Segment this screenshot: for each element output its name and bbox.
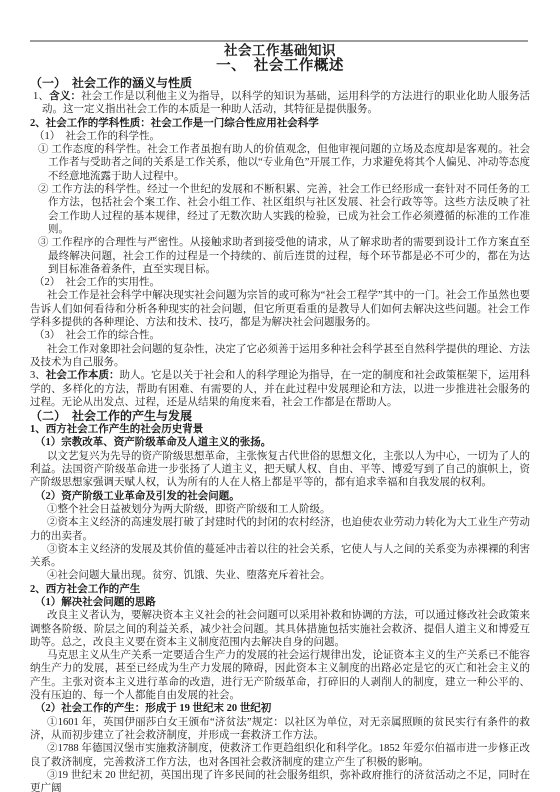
document-subtitle: 一、 社会工作概述 [30, 58, 530, 74]
sub-heading-bold: （2）社会工作的产生：形成于 19 世纪末 20 世纪初 [30, 702, 530, 715]
text-run-bold: （2）资产阶级工业革命及引发的社会问题。 [35, 491, 240, 502]
text-run: （2） 社会工作的实用性。 [34, 277, 160, 288]
text-run: 改良主义者认为，要解决资本主义社会的社会问题可以采用补救和协调的方法，可以通过修… [30, 610, 530, 648]
section-heading: （一） 社会工作的涵义与性质 [30, 76, 530, 90]
text-run: ①1601 年，英国伊丽莎白女王颁布“济贫法”规定：以社区为单位，对无亲属照顾的… [30, 717, 530, 741]
document-page: 社会工作基础知识 一、 社会工作概述 （一） 社会工作的涵义与性质1、含义：社会… [0, 0, 560, 792]
text-run-bold: 2、社会工作的学科性质：社会工作是一门综合性应用社会科学 [30, 118, 319, 129]
numbered-item: 1、含义：社会工作是以利他主义为指导，以科学的知识为基础，运用科学的方法进行的职… [30, 90, 530, 117]
numbered-heading: 1、西方社会工作产生的社会历史背景 [30, 423, 530, 436]
sub-heading-bold: （2）资产阶级工业革命及引发的社会问题。 [30, 490, 530, 503]
text-run: （1） 社会工作的科学性。 [34, 131, 160, 142]
text-run: ③ 工作程序的合理性与严密性。从接触求助者到接受他的请求，从了解求助者的需要到设… [38, 237, 530, 275]
document-title: 社会工作基础知识 [30, 43, 530, 58]
text-run: 社会工作是以利他主义为指导，以科学的知识为基础，运用科学的方法进行的职业化助人服… [42, 91, 530, 115]
sub-heading: （1） 社会工作的科学性。 [30, 130, 530, 143]
text-run: ①整个社会日益被划分为两大阶级，即资产阶级和工人阶级。 [47, 504, 331, 515]
circled-list-item: ① 工作态度的科学性。社会工作者虽抱有助人的价值观念，但他审视问题的立场及态度却… [30, 143, 530, 183]
numbered-heading: 3、社会工作本质：助人。它是以关于社会和人的科学理论为指导，在一定的制度和社会政… [30, 369, 530, 409]
document-body: （一） 社会工作的涵义与性质1、含义：社会工作是以利他主义为指导，以科学的知识为… [30, 76, 530, 792]
paragraph: 改良主义者认为，要解决资本主义社会的社会问题可以采用补救和协调的方法，可以通过修… [30, 609, 530, 649]
paragraph: ③资本主义经济的发展及其价值的蔓延冲击着以往的社会关系，它使人与人之间的关系变为… [30, 543, 530, 570]
circled-list-item: ③ 工作程序的合理性与严密性。从接触求助者到接受他的请求，从了解求助者的需要到设… [30, 236, 530, 276]
text-run: 社会工作对象即社会问题的复杂性，决定了它必须善于运用多种社会科学甚至自然科学提供… [30, 344, 530, 368]
text-run: ② 工作方法的科学性。经过一个世纪的发展和不断积累、完善，社会工作已经形成一套针… [38, 184, 530, 235]
paragraph: ②资本主义经济的高速发展打破了封建时代的封闭的农村经济，也迫使农业劳动力转化为大… [30, 516, 530, 543]
text-run: （3） 社会工作的综合性。 [34, 330, 160, 341]
document-content: 社会工作基础知识 一、 社会工作概述 （一） 社会工作的涵义与性质1、含义：社会… [30, 43, 530, 792]
numbered-heading: 2、社会工作的学科性质：社会工作是一门综合性应用社会科学 [30, 117, 530, 130]
text-run: ③资本主义经济的发展及其价值的蔓延冲击着以往的社会关系，它使人与人之间的关系变为… [30, 544, 530, 568]
text-run-bold: （1）解决社会问题的思路 [35, 597, 156, 608]
text-run: ②资本主义经济的高速发展打破了封建时代的封闭的农村经济，也迫使农业劳动力转化为大… [30, 517, 530, 541]
sub-heading: （3） 社会工作的综合性。 [30, 329, 530, 342]
text-run: 社会工作是社会科学中解决现实社会问题为宗旨的或可称为“社会工程学”其中的一门。社… [30, 290, 530, 328]
text-run: ④社会问题大量出现。贫穷、饥饿、失业、堕落充斥着社会。 [47, 570, 331, 581]
text-run-bold: （一） 社会工作的涵义与性质 [30, 76, 192, 90]
paragraph: ②1788 年德国汉堡市实施救济制度，使救济工作更趋组织化和科学化。1852 年… [30, 742, 530, 769]
header-rule [30, 40, 528, 42]
paragraph: 马克思主义从生产关系一定要适合生产力的发展的社会运行规律出发，论证资本主义的生产… [30, 649, 530, 702]
text-run-bold: （2）社会工作的产生：形成于 19 世纪末 20 世纪初 [35, 703, 271, 714]
numbered-heading: 2、西方社会工作的产生 [30, 583, 530, 596]
text-run: ②1788 年德国汉堡市实施救济制度，使救济工作更趋组织化和科学化。1852 年… [30, 743, 530, 767]
text-run: 以文艺复兴为先导的资产阶级思想革命，主张恢复古代世俗的思想文化，主张以人为中心，… [30, 451, 530, 489]
text-run: 1、 [33, 91, 49, 102]
text-run-bold: （二） 社会工作的产生与发展 [30, 409, 192, 423]
paragraph: ①1601 年，英国伊丽莎白女王颁布“济贫法”规定：以社区为单位，对无亲属照顾的… [30, 716, 530, 743]
text-run-bold: 1、西方社会工作产生的社会历史背景 [30, 424, 203, 435]
text-run-bold: （1）宗教改革、资产阶级革命及人道主义的张扬。 [35, 437, 271, 448]
paragraph: ④社会问题大量出现。贫穷、饥饿、失业、堕落充斥着社会。 [30, 569, 530, 582]
sub-heading: （2） 社会工作的实用性。 [30, 276, 530, 289]
paragraph: 社会工作对象即社会问题的复杂性，决定了它必须善于运用多种社会科学甚至自然科学提供… [30, 343, 530, 370]
sub-heading-bold: （1）解决社会问题的思路 [30, 596, 530, 609]
text-run-bold: 社会工作本质： [46, 370, 120, 381]
text-run-bold: 2、西方社会工作的产生 [30, 584, 140, 595]
text-run: ① 工作态度的科学性。社会工作者虽抱有助人的价值观念，但他审视问题的立场及态度却… [38, 144, 530, 182]
text-run: 马克思主义从生产关系一定要适合生产力的发展的社会运行规律出发，论证资本主义的生产… [30, 650, 530, 701]
text-run: 3、 [30, 370, 46, 381]
section-heading: （二） 社会工作的产生与发展 [30, 409, 530, 423]
sub-heading-bold: （1）宗教改革、资产阶级革命及人道主义的张扬。 [30, 436, 530, 449]
paragraph: ③19 世纪末 20 世纪初，英国出现了许多民间的社会服务组织，弥补政府推行的济… [30, 769, 530, 792]
text-run: ③19 世纪末 20 世纪初，英国出现了许多民间的社会服务组织，弥补政府推行的济… [30, 770, 530, 792]
paragraph: 以文艺复兴为先导的资产阶级思想革命，主张恢复古代世俗的思想文化，主张以人为中心，… [30, 450, 530, 490]
circled-list-item: ② 工作方法的科学性。经过一个世纪的发展和不断积累、完善，社会工作已经形成一套针… [30, 183, 530, 236]
paragraph: ①整个社会日益被划分为两大阶级，即资产阶级和工人阶级。 [30, 503, 530, 516]
text-run-bold: 含义： [49, 91, 81, 102]
paragraph: 社会工作是社会科学中解决现实社会问题为宗旨的或可称为“社会工程学”其中的一门。社… [30, 289, 530, 329]
